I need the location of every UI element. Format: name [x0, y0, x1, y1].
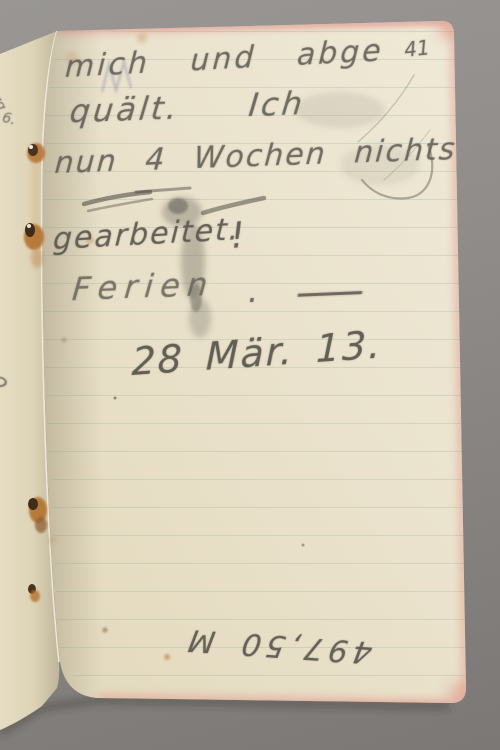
- page-drop-shadow: [0, 700, 449, 733]
- handwriting-exclamation: !: [229, 215, 246, 257]
- handwriting-period: .: [248, 272, 258, 310]
- handwriting-dash: —: [291, 265, 368, 317]
- handwriting-ferien: Ferien: [71, 265, 216, 308]
- binding-staple: [27, 143, 45, 163]
- page-number: 41: [403, 35, 431, 62]
- rust-stain-trail: [31, 162, 39, 224]
- notebook-photo: 41 mich und abge quält. Ich nun 4 Wochen…: [0, 0, 500, 750]
